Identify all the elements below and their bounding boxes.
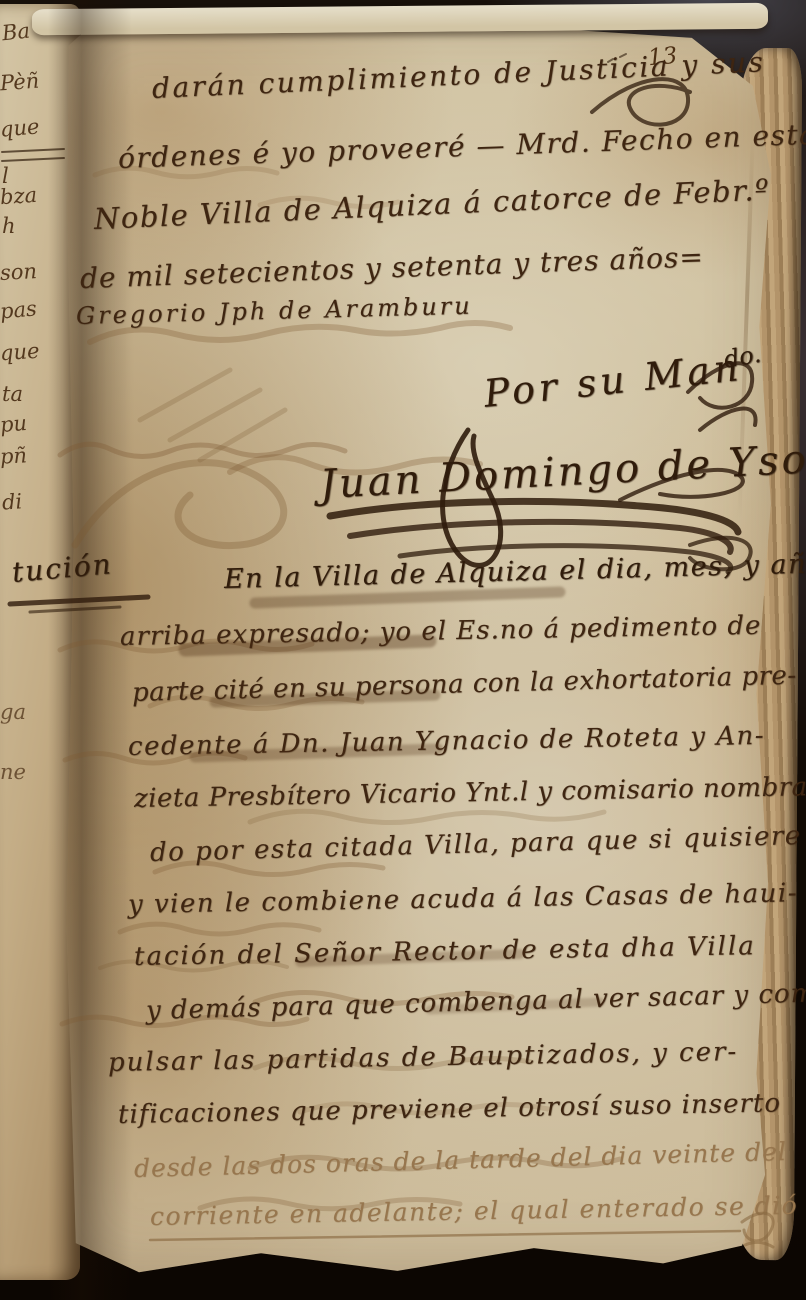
prev-page-fragment: bza xyxy=(0,183,38,210)
prev-page-fragment: h xyxy=(2,214,16,238)
prev-page-fragment: Pèñ xyxy=(0,69,40,96)
prev-page-fragment: ga xyxy=(0,700,26,724)
prev-page-fragment: que xyxy=(0,114,40,141)
prev-page-fragment: di xyxy=(1,489,23,514)
prev-page-fragment: ta xyxy=(2,382,23,406)
prev-page-fragment: pu xyxy=(0,411,28,437)
manuscript-photo: Ba Pèñ que l bza h son pas que ta pu pñ … xyxy=(0,0,806,1300)
prev-page-fragment: son xyxy=(0,259,38,285)
prev-page-fragment: ne xyxy=(0,760,26,784)
prev-page-fragment: que xyxy=(0,339,40,366)
prev-page-fragment: Ba xyxy=(1,19,31,46)
prev-page-fragment: pñ xyxy=(0,443,28,468)
prev-page-fragment: pas xyxy=(0,296,38,323)
